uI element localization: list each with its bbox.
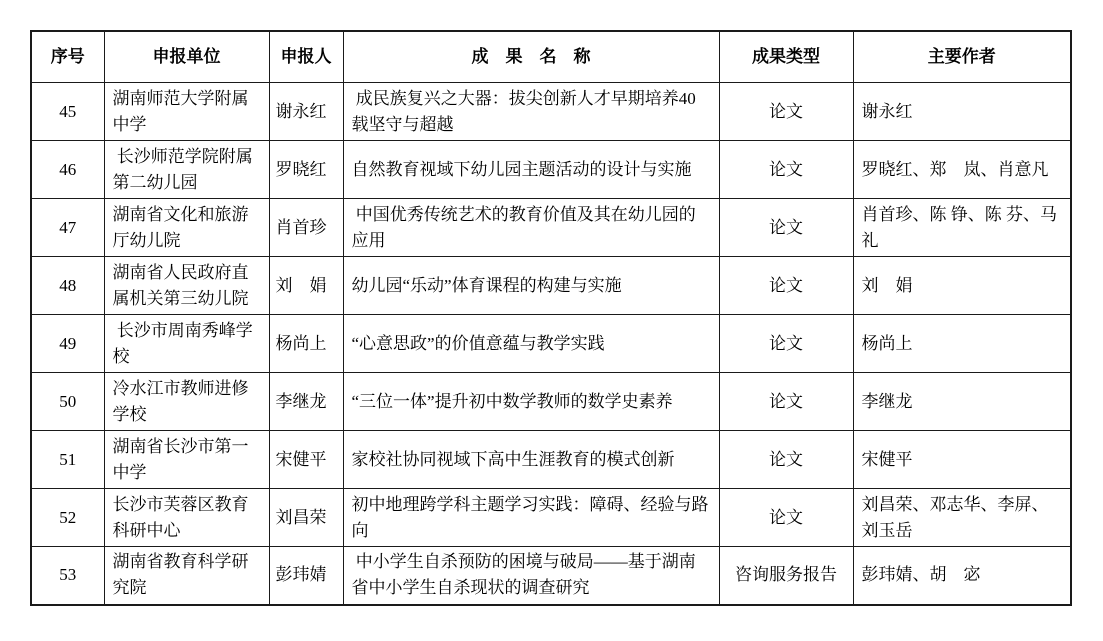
col-header-unit: 申报单位 xyxy=(104,31,269,83)
table-row: 45 湖南师范大学附属中学 谢永红 成民族复兴之大器：拔尖创新人才早期培养40载… xyxy=(31,83,1071,141)
cell-serial-number: 51 xyxy=(31,431,104,489)
cell-achievement-title: 成民族复兴之大器：拔尖创新人才早期培养40载坚守与超越 xyxy=(343,83,719,141)
cell-achievement-title: 中国优秀传统艺术的教育价值及其在幼儿园的应用 xyxy=(343,199,719,257)
cell-achievement-title: 家校社协同视域下高中生涯教育的模式创新 xyxy=(343,431,719,489)
cell-serial-number: 46 xyxy=(31,141,104,199)
col-header-authors: 主要作者 xyxy=(853,31,1071,83)
cell-serial-number: 45 xyxy=(31,83,104,141)
cell-serial-number: 53 xyxy=(31,547,104,605)
cell-declaring-unit: 长沙市芙蓉区教育科研中心 xyxy=(104,489,269,547)
cell-applicant: 宋健平 xyxy=(269,431,343,489)
cell-achievement-title: 幼儿园“乐动”体育课程的构建与实施 xyxy=(343,257,719,315)
table-row: 48 湖南省人民政府直属机关第三幼儿院 刘 娟 幼儿园“乐动”体育课程的构建与实… xyxy=(31,257,1071,315)
table-row: 47 湖南省文化和旅游厅幼儿院 肖首珍 中国优秀传统艺术的教育价值及其在幼儿园的… xyxy=(31,199,1071,257)
table-row: 49 长沙市周南秀峰学校 杨尚上 “心意思政”的价值意蕴与教学实践 论文 杨尚上 xyxy=(31,315,1071,373)
cell-declaring-unit: 湖南师范大学附属中学 xyxy=(104,83,269,141)
cell-applicant: 刘 娟 xyxy=(269,257,343,315)
cell-main-authors: 罗晓红、郑 岚、肖意凡 xyxy=(853,141,1071,199)
cell-main-authors: 宋健平 xyxy=(853,431,1071,489)
col-header-no: 序号 xyxy=(31,31,104,83)
cell-achievement-type: 论文 xyxy=(719,83,853,141)
cell-serial-number: 52 xyxy=(31,489,104,547)
cell-main-authors: 肖首珍、陈 铮、陈 芬、马 礼 xyxy=(853,199,1071,257)
table-row: 53 湖南省教育科学研究院 彭玮婧 中小学生自杀预防的困境与破局——基于湖南省中… xyxy=(31,547,1071,605)
cell-main-authors: 刘昌荣、邓志华、李屏、刘玉岳 xyxy=(853,489,1071,547)
cell-achievement-title: 自然教育视域下幼儿园主题活动的设计与实施 xyxy=(343,141,719,199)
cell-achievement-type: 论文 xyxy=(719,141,853,199)
cell-applicant: 谢永红 xyxy=(269,83,343,141)
cell-declaring-unit: 冷水江市教师进修学校 xyxy=(104,373,269,431)
cell-declaring-unit: 湖南省人民政府直属机关第三幼儿院 xyxy=(104,257,269,315)
cell-achievement-title: 初中地理跨学科主题学习实践：障碍、经验与路向 xyxy=(343,489,719,547)
cell-main-authors: 彭玮婧、胡 宓 xyxy=(853,547,1071,605)
cell-main-authors: 李继龙 xyxy=(853,373,1071,431)
cell-declaring-unit: 湖南省长沙市第一中学 xyxy=(104,431,269,489)
cell-applicant: 彭玮婧 xyxy=(269,547,343,605)
header-row: 序号 申报单位 申报人 成 果 名 称 成果类型 主要作者 xyxy=(31,31,1071,83)
cell-achievement-type: 论文 xyxy=(719,199,853,257)
table-row: 51 湖南省长沙市第一中学 宋健平 家校社协同视域下高中生涯教育的模式创新 论文… xyxy=(31,431,1071,489)
cell-applicant: 李继龙 xyxy=(269,373,343,431)
cell-applicant: 肖首珍 xyxy=(269,199,343,257)
cell-serial-number: 49 xyxy=(31,315,104,373)
cell-serial-number: 48 xyxy=(31,257,104,315)
cell-applicant: 杨尚上 xyxy=(269,315,343,373)
col-header-applicant: 申报人 xyxy=(269,31,343,83)
table-body: 45 湖南师范大学附属中学 谢永红 成民族复兴之大器：拔尖创新人才早期培养40载… xyxy=(31,83,1071,605)
cell-main-authors: 刘 娟 xyxy=(853,257,1071,315)
cell-serial-number: 47 xyxy=(31,199,104,257)
table-row: 46 长沙师范学院附属第二幼儿园 罗晓红 自然教育视域下幼儿园主题活动的设计与实… xyxy=(31,141,1071,199)
cell-achievement-title: 中小学生自杀预防的困境与破局——基于湖南省中小学生自杀现状的调查研究 xyxy=(343,547,719,605)
col-header-title: 成 果 名 称 xyxy=(343,31,719,83)
table-row: 50 冷水江市教师进修学校 李继龙 “三位一体”提升初中数学教师的数学史素养 论… xyxy=(31,373,1071,431)
cell-declaring-unit: 长沙市周南秀峰学校 xyxy=(104,315,269,373)
cell-achievement-type: 论文 xyxy=(719,373,853,431)
cell-main-authors: 杨尚上 xyxy=(853,315,1071,373)
cell-applicant: 罗晓红 xyxy=(269,141,343,199)
cell-applicant: 刘昌荣 xyxy=(269,489,343,547)
table-row: 52 长沙市芙蓉区教育科研中心 刘昌荣 初中地理跨学科主题学习实践：障碍、经验与… xyxy=(31,489,1071,547)
cell-achievement-title: “心意思政”的价值意蕴与教学实践 xyxy=(343,315,719,373)
cell-serial-number: 50 xyxy=(31,373,104,431)
cell-declaring-unit: 长沙师范学院附属第二幼儿园 xyxy=(104,141,269,199)
results-table: 序号 申报单位 申报人 成 果 名 称 成果类型 主要作者 45 湖南师范大学附… xyxy=(30,30,1072,606)
cell-main-authors: 谢永红 xyxy=(853,83,1071,141)
cell-achievement-type: 论文 xyxy=(719,431,853,489)
cell-achievement-title: “三位一体”提升初中数学教师的数学史素养 xyxy=(343,373,719,431)
cell-achievement-type: 论文 xyxy=(719,257,853,315)
cell-declaring-unit: 湖南省文化和旅游厅幼儿院 xyxy=(104,199,269,257)
cell-declaring-unit: 湖南省教育科学研究院 xyxy=(104,547,269,605)
cell-achievement-type: 论文 xyxy=(719,315,853,373)
document-page: 序号 申报单位 申报人 成 果 名 称 成果类型 主要作者 45 湖南师范大学附… xyxy=(30,30,1072,606)
cell-achievement-type: 论文 xyxy=(719,489,853,547)
col-header-type: 成果类型 xyxy=(719,31,853,83)
cell-achievement-type: 咨询服务报告 xyxy=(719,547,853,605)
